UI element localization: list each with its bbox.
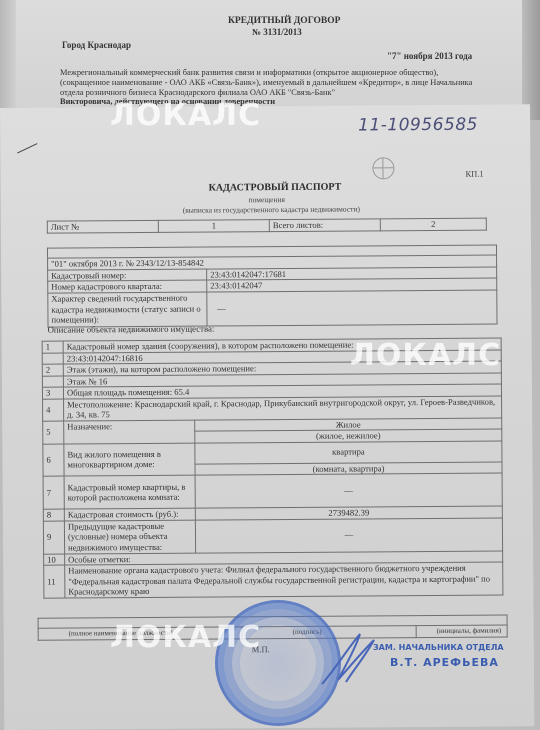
registration-authority: Наименование органа кадастрового учета: … — [65, 562, 503, 598]
watermark: ЛОКАЛС — [350, 338, 501, 373]
agreement-date: "7" ноября 2013 года — [387, 51, 472, 61]
item-number: 1 — [42, 341, 63, 353]
stamp-name: В.Т. АРЕФЬЕВА — [390, 656, 499, 669]
item-number: 9 — [43, 521, 64, 554]
sheet-edge-right — [522, 0, 540, 120]
agreement-paragraph-line: (сокращенное наименование - ОАО АКБ «Свя… — [60, 78, 472, 87]
record-status-value: — — [207, 290, 497, 326]
background-credit-agreement-sheet: КРЕДИТНЫЙ ДОГОВОР № 3131/2013 Город Крас… — [0, 0, 540, 120]
total-sheets-label: Всего листов: — [269, 219, 380, 231]
watermark: ЛОКАЛС — [110, 620, 261, 655]
item-number: 10 — [44, 554, 65, 566]
sheet-edge-left — [0, 0, 16, 120]
passport-header-table: "01" октября 2013 г. № 2343/12/13-854842… — [47, 245, 498, 328]
agreement-title: КРЕДИТНЫЙ ДОГОВОР — [228, 16, 340, 26]
agreement-paragraph-line: Межрегиональный коммерческий банк развит… — [60, 68, 438, 77]
item-label: Предыдущие кадастровые (условные) номера… — [64, 520, 195, 554]
signature-mark — [318, 628, 378, 688]
circle-cross-icon — [372, 157, 394, 179]
agreement-paragraph-line: отдела розничного бизнеса Краснодарского… — [60, 88, 335, 97]
name-hint: (инициалы, фамилия) — [416, 625, 507, 637]
item-number: 4 — [43, 399, 64, 421]
item-number: 2 — [42, 364, 63, 376]
item-label: Кадастровый номер квартиры, в которой ра… — [64, 475, 195, 509]
sheet-label: Лист № — [47, 220, 158, 232]
previous-numbers-value: — — [195, 518, 502, 553]
passport-title: КАДАСТРОВЫЙ ПАСПОРТ — [209, 182, 342, 194]
item-label: Кадастровая стоимость (руб.): — [64, 508, 195, 520]
property-description-table: 1 Кадастровый номер здания (сооружения),… — [42, 338, 504, 599]
item-number: 3 — [42, 387, 63, 399]
item-number: 11 — [44, 565, 65, 598]
item-number: 5 — [43, 421, 64, 444]
item-label: Назначение: — [64, 420, 195, 444]
location: Местоположение: Краснодарский край, г. К… — [64, 396, 502, 421]
agreement-number: № 3131/2013 — [252, 27, 302, 37]
item-label: Вид жилого помещения в многоквартирном д… — [64, 443, 195, 476]
item-number: 8 — [43, 509, 64, 521]
item-number: 6 — [43, 444, 64, 477]
description-label: Описание объекта недвижимого имущества: — [48, 324, 215, 335]
passport-subtitle-extract: (выписка из государственного кадастра не… — [183, 204, 360, 214]
total-sheets-value: 2 — [380, 218, 486, 230]
agreement-city: Город Краснодар — [62, 40, 131, 50]
stamp-position: ЗАМ. НАЧАЛЬНИКА ОТДЕЛА — [373, 643, 504, 652]
passport-subtitle: помещения — [249, 195, 285, 204]
handwritten-number: 11-10956585 — [358, 115, 478, 136]
dwelling-type-value: квартира — [195, 441, 502, 464]
item-number: 7 — [43, 476, 64, 509]
form-code: КП.1 — [465, 169, 483, 179]
watermark: ЛОКАЛС — [110, 98, 261, 133]
sheet-count-table: Лист № 1 Всего листов: 2 — [47, 218, 487, 234]
pen-mark — [17, 143, 37, 153]
sheet-value: 1 — [158, 220, 269, 232]
record-status-label: Характер сведений государственного кадас… — [48, 292, 207, 327]
apartment-cadastral-value: — — [195, 473, 502, 508]
